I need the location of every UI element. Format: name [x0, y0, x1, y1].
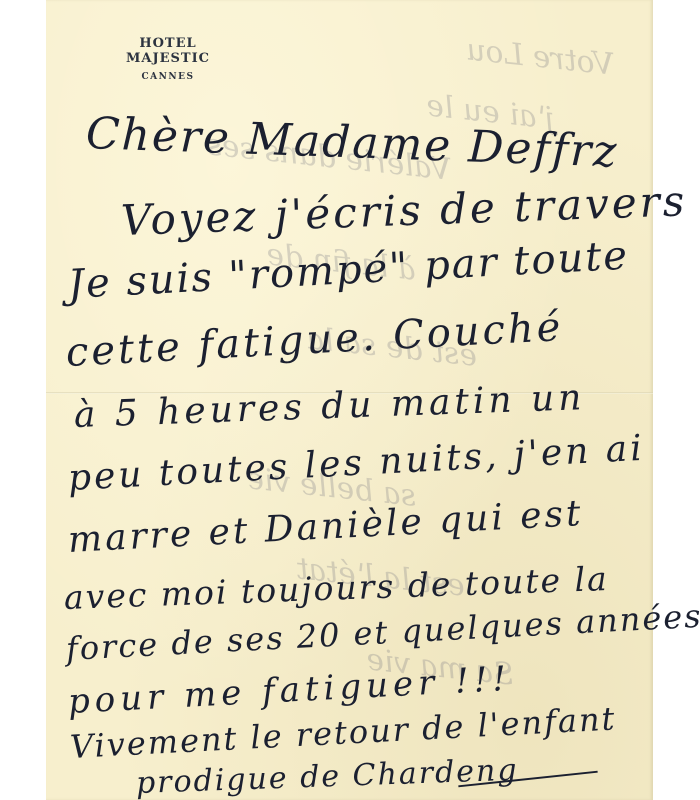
letter-line: prodigue de Chardeng: [135, 753, 519, 800]
letter-line: cette fatigue. Couché: [65, 304, 565, 376]
bleed-through-text: Votre Lou: [465, 32, 616, 82]
letter-line: à 5 heures du matin un: [73, 377, 586, 436]
letter-paper: Votre Lou j'ai eu le Valérie dans ses à …: [46, 0, 653, 800]
hotel-city: CANNES: [98, 72, 238, 82]
letterhead: HOTEL MAJESTIC CANNES: [98, 36, 238, 82]
hotel-name: HOTEL MAJESTIC: [98, 36, 238, 66]
